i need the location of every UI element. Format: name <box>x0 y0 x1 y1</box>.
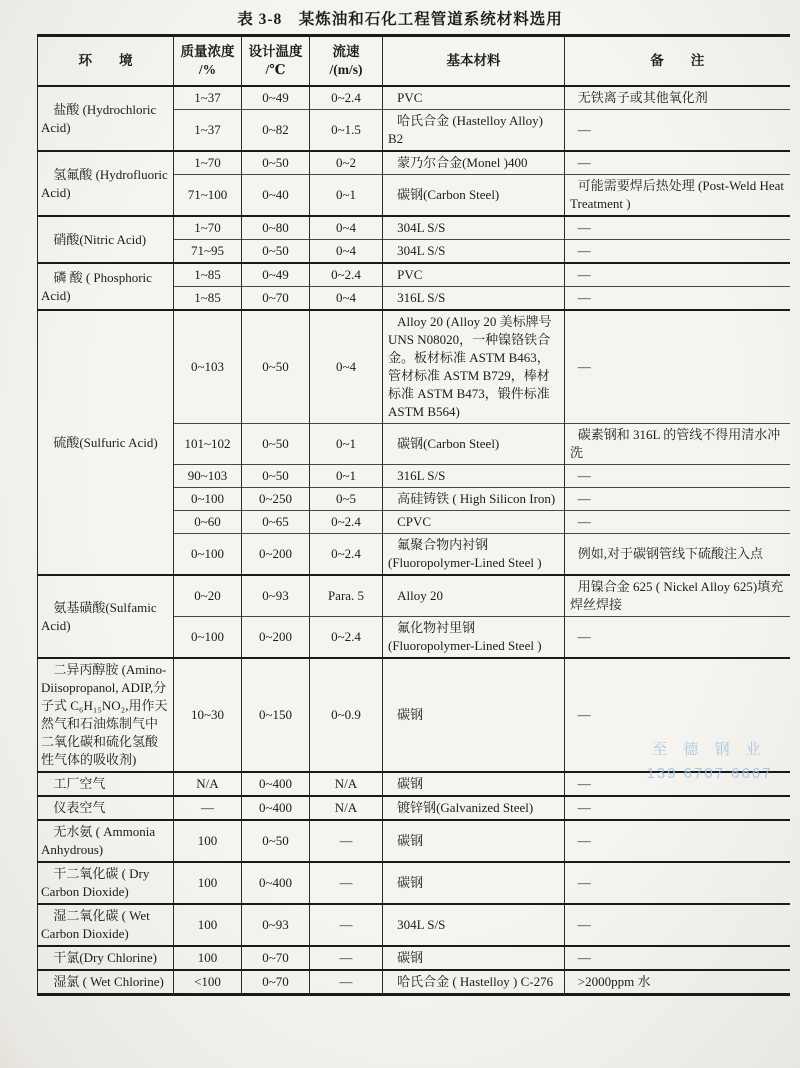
concentration-cell: 1~37 <box>174 110 242 152</box>
velocity-cell: 0~1.5 <box>310 110 383 152</box>
temperature-cell: 0~70 <box>242 946 310 970</box>
material-cell: 304L S/S <box>383 216 565 240</box>
remark-cell: — <box>565 772 790 796</box>
header-concentration: 质量浓度 /% <box>174 36 242 87</box>
remark-cell: — <box>565 240 790 264</box>
temperature-cell: 0~70 <box>242 970 310 995</box>
remark-cell: — <box>565 465 790 488</box>
material-cell: 304L S/S <box>383 240 565 264</box>
velocity-cell: N/A <box>310 796 383 820</box>
material-cell: 蒙乃尔合金(Monel )400 <box>383 151 565 175</box>
velocity-cell: 0~2.4 <box>310 617 383 659</box>
material-cell: 氟化物衬里钢(Fluoropolymer-Lined Steel ) <box>383 617 565 659</box>
temperature-cell: 0~50 <box>242 310 310 424</box>
material-cell: PVC <box>383 86 565 110</box>
velocity-cell: N/A <box>310 772 383 796</box>
velocity-cell: 0~0.9 <box>310 658 383 772</box>
velocity-cell: 0~1 <box>310 465 383 488</box>
table-row: 工厂空气N/A0~400N/A碳钢— <box>38 772 790 796</box>
remark-cell: — <box>565 110 790 152</box>
environment-cell: 硝酸(Nitric Acid) <box>38 216 174 263</box>
temperature-cell: 0~80 <box>242 216 310 240</box>
header-temperature: 设计温度 /℃ <box>242 36 310 87</box>
header-material: 基本材料 <box>383 36 565 87</box>
remark-cell: — <box>565 151 790 175</box>
remark-cell: 例如,对于碳钢管线下硫酸注入点 <box>565 534 790 576</box>
header-concentration-label: 质量浓度 <box>176 43 239 61</box>
temperature-cell: 0~400 <box>242 772 310 796</box>
remark-cell: 可能需要焊后热处理 (Post-Weld Heat Treatment ) <box>565 175 790 217</box>
temperature-cell: 0~50 <box>242 424 310 465</box>
remark-cell: 无铁离子或其他氧化剂 <box>565 86 790 110</box>
velocity-cell: 0~2.4 <box>310 511 383 534</box>
remark-cell: — <box>565 216 790 240</box>
temperature-cell: 0~82 <box>242 110 310 152</box>
temperature-cell: 0~70 <box>242 287 310 311</box>
environment-cell: 氢氟酸 (Hydrofluoric Acid) <box>38 151 174 216</box>
material-cell: 哈氏合金 (Hastelloy Alloy) B2 <box>383 110 565 152</box>
velocity-cell: — <box>310 862 383 904</box>
remark-cell: — <box>565 820 790 862</box>
table-row: 湿氯 ( Wet Chlorine)<1000~70—哈氏合金 ( Hastel… <box>38 970 790 995</box>
material-cell: 碳钢 <box>383 772 565 796</box>
header-velocity-unit: /(m/s) <box>312 61 380 79</box>
environment-cell: 硫酸(Sulfuric Acid) <box>38 310 174 575</box>
velocity-cell: 0~4 <box>310 287 383 311</box>
velocity-cell: — <box>310 904 383 946</box>
remark-cell: — <box>565 310 790 424</box>
temperature-cell: 0~150 <box>242 658 310 772</box>
environment-cell: 仪表空气 <box>38 796 174 820</box>
velocity-cell: 0~2 <box>310 151 383 175</box>
table-row: 盐酸 (Hydrochloric Acid)1~370~490~2.4PVC无铁… <box>38 86 790 110</box>
concentration-cell: 1~70 <box>174 151 242 175</box>
environment-cell: 工厂空气 <box>38 772 174 796</box>
concentration-cell: 100 <box>174 862 242 904</box>
concentration-cell: — <box>174 796 242 820</box>
remark-cell: — <box>565 617 790 659</box>
temperature-cell: 0~49 <box>242 86 310 110</box>
material-cell: 氟聚合物内衬钢 (Fluoropolymer-Lined Steel ) <box>383 534 565 576</box>
environment-cell: 湿二氧化碳 ( Wet Carbon Dioxide) <box>38 904 174 946</box>
concentration-cell: 100 <box>174 820 242 862</box>
temperature-cell: 0~93 <box>242 575 310 617</box>
remark-cell: 用镍合金 625 ( Nickel Alloy 625)填充焊丝焊接 <box>565 575 790 617</box>
table-row: 干氯(Dry Chlorine)1000~70—碳钢— <box>38 946 790 970</box>
velocity-cell: 0~5 <box>310 488 383 511</box>
velocity-cell: — <box>310 946 383 970</box>
material-cell: 碳钢 <box>383 820 565 862</box>
temperature-cell: 0~65 <box>242 511 310 534</box>
concentration-cell: 1~70 <box>174 216 242 240</box>
concentration-cell: 1~85 <box>174 263 242 287</box>
concentration-cell: 101~102 <box>174 424 242 465</box>
concentration-cell: 100 <box>174 904 242 946</box>
remark-cell: — <box>565 488 790 511</box>
material-cell: 316L S/S <box>383 287 565 311</box>
remark-cell: >2000ppm 水 <box>565 970 790 995</box>
environment-cell: 干二氧化碳 ( Dry Carbon Dioxide) <box>38 862 174 904</box>
remark-cell: — <box>565 287 790 311</box>
table-row: 硝酸(Nitric Acid)1~700~800~4304L S/S— <box>38 216 790 240</box>
velocity-cell: 0~2.4 <box>310 534 383 576</box>
environment-cell: 湿氯 ( Wet Chlorine) <box>38 970 174 995</box>
temperature-cell: 0~200 <box>242 617 310 659</box>
remark-cell: — <box>565 904 790 946</box>
velocity-cell: 0~2.4 <box>310 263 383 287</box>
material-cell: 镀锌钢(Galvanized Steel) <box>383 796 565 820</box>
material-cell: PVC <box>383 263 565 287</box>
table-row: 二异丙醇胺 (Amino-Diisopropanol, ADIP,分子式 C₆H… <box>38 658 790 772</box>
table-body: 盐酸 (Hydrochloric Acid)1~370~490~2.4PVC无铁… <box>38 86 790 995</box>
remark-cell: — <box>565 511 790 534</box>
velocity-cell: — <box>310 820 383 862</box>
material-cell: 碳钢 <box>383 658 565 772</box>
velocity-cell: — <box>310 970 383 995</box>
concentration-cell: 0~100 <box>174 534 242 576</box>
velocity-cell: 0~1 <box>310 424 383 465</box>
table-row: 磷 酸 ( Phosphoric Acid)1~850~490~2.4PVC— <box>38 263 790 287</box>
concentration-cell: 100 <box>174 946 242 970</box>
material-cell: 碳钢(Carbon Steel) <box>383 424 565 465</box>
material-cell: Alloy 20 <box>383 575 565 617</box>
table-row: 氨基磺酸(Sulfamic Acid)0~200~93Para. 5Alloy … <box>38 575 790 617</box>
velocity-cell: 0~4 <box>310 216 383 240</box>
temperature-cell: 0~400 <box>242 862 310 904</box>
temperature-cell: 0~50 <box>242 820 310 862</box>
material-selection-table: 环 境 质量浓度 /% 设计温度 /℃ 流速 /(m/s) 基本材料 备 注 盐… <box>37 34 790 996</box>
concentration-cell: 71~95 <box>174 240 242 264</box>
environment-cell: 盐酸 (Hydrochloric Acid) <box>38 86 174 151</box>
temperature-cell: 0~50 <box>242 240 310 264</box>
table-row: 仪表空气—0~400N/A镀锌钢(Galvanized Steel)— <box>38 796 790 820</box>
concentration-cell: 0~60 <box>174 511 242 534</box>
header-row: 环 境 质量浓度 /% 设计温度 /℃ 流速 /(m/s) 基本材料 备 注 <box>38 36 790 87</box>
concentration-cell: 0~103 <box>174 310 242 424</box>
material-cell: 316L S/S <box>383 465 565 488</box>
table-row: 氢氟酸 (Hydrofluoric Acid)1~700~500~2蒙乃尔合金(… <box>38 151 790 175</box>
velocity-cell: Para. 5 <box>310 575 383 617</box>
temperature-cell: 0~250 <box>242 488 310 511</box>
header-temperature-label: 设计温度 <box>244 43 307 61</box>
table-row: 湿二氧化碳 ( Wet Carbon Dioxide)1000~93—304L … <box>38 904 790 946</box>
header-velocity-label: 流速 <box>312 43 380 61</box>
concentration-cell: 1~85 <box>174 287 242 311</box>
material-cell: 高硅铸铁 ( High Silicon Iron) <box>383 488 565 511</box>
environment-cell: 磷 酸 ( Phosphoric Acid) <box>38 263 174 310</box>
temperature-cell: 0~40 <box>242 175 310 217</box>
remark-cell: — <box>565 862 790 904</box>
concentration-cell: 71~100 <box>174 175 242 217</box>
header-temperature-unit: /℃ <box>244 61 307 79</box>
header-environment: 环 境 <box>38 36 174 87</box>
environment-cell: 无水氨 ( Ammonia Anhydrous) <box>38 820 174 862</box>
table-row: 硫酸(Sulfuric Acid)0~1030~500~4Alloy 20 (A… <box>38 310 790 424</box>
temperature-cell: 0~93 <box>242 904 310 946</box>
temperature-cell: 0~49 <box>242 263 310 287</box>
environment-cell: 干氯(Dry Chlorine) <box>38 946 174 970</box>
concentration-cell: 1~37 <box>174 86 242 110</box>
concentration-cell: N/A <box>174 772 242 796</box>
concentration-cell: 0~100 <box>174 488 242 511</box>
header-velocity: 流速 /(m/s) <box>310 36 383 87</box>
temperature-cell: 0~400 <box>242 796 310 820</box>
header-concentration-unit: /% <box>176 61 239 79</box>
temperature-cell: 0~50 <box>242 151 310 175</box>
concentration-cell: 10~30 <box>174 658 242 772</box>
material-cell: 碳钢 <box>383 946 565 970</box>
table-row: 干二氧化碳 ( Dry Carbon Dioxide)1000~400—碳钢— <box>38 862 790 904</box>
page-title: 表 3-8 某炼油和石化工程管道系统材料选用 <box>0 0 800 29</box>
environment-cell: 氨基磺酸(Sulfamic Acid) <box>38 575 174 658</box>
material-cell: 碳钢(Carbon Steel) <box>383 175 565 217</box>
material-cell: 哈氏合金 ( Hastelloy ) C-276 <box>383 970 565 995</box>
material-cell: 碳钢 <box>383 862 565 904</box>
velocity-cell: 0~2.4 <box>310 86 383 110</box>
remark-cell: — <box>565 796 790 820</box>
concentration-cell: 0~100 <box>174 617 242 659</box>
material-cell: CPVC <box>383 511 565 534</box>
header-remark: 备 注 <box>565 36 790 87</box>
environment-cell: 二异丙醇胺 (Amino-Diisopropanol, ADIP,分子式 C₆H… <box>38 658 174 772</box>
material-cell: Alloy 20 (Alloy 20 美标牌号 UNS N08020，一种镍铬铁… <box>383 310 565 424</box>
table-row: 无水氨 ( Ammonia Anhydrous)1000~50—碳钢— <box>38 820 790 862</box>
concentration-cell: <100 <box>174 970 242 995</box>
velocity-cell: 0~1 <box>310 175 383 217</box>
velocity-cell: 0~4 <box>310 240 383 264</box>
concentration-cell: 90~103 <box>174 465 242 488</box>
temperature-cell: 0~50 <box>242 465 310 488</box>
remark-cell: — <box>565 658 790 772</box>
velocity-cell: 0~4 <box>310 310 383 424</box>
remark-cell: 碳素钢和 316L 的管线不得用清水冲洗 <box>565 424 790 465</box>
remark-cell: — <box>565 946 790 970</box>
concentration-cell: 0~20 <box>174 575 242 617</box>
temperature-cell: 0~200 <box>242 534 310 576</box>
material-cell: 304L S/S <box>383 904 565 946</box>
remark-cell: — <box>565 263 790 287</box>
scanned-page: 表 3-8 某炼油和石化工程管道系统材料选用 环 境 质量浓度 /% 设计温度 … <box>0 0 800 1068</box>
